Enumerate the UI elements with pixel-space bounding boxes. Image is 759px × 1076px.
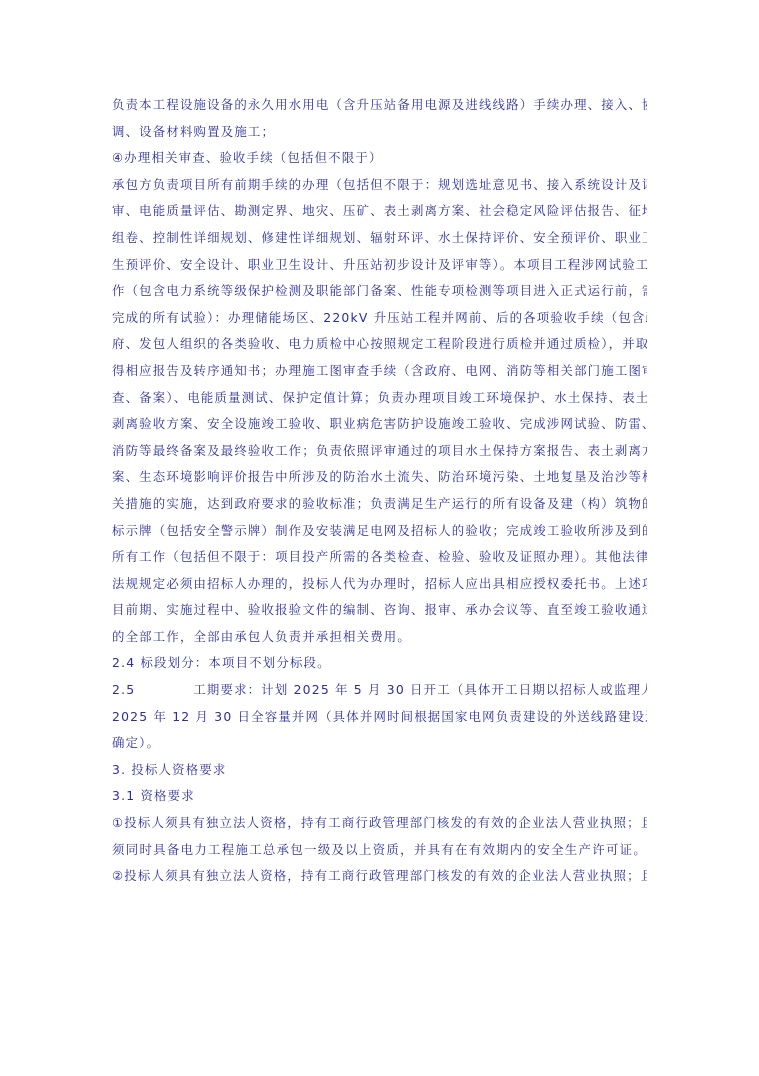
paragraph-line: 组卷、控制性详细规划、修建性详细规划、辐射环评、水土保持评价、安全预评价、职业卫: [112, 225, 647, 252]
paragraph-line: 标示牌（包括安全警示牌）制作及安装满足电网及招标人的验收；完成竣工验收所涉及到的: [112, 518, 647, 545]
paragraph-line: 剥离验收方案、安全设施竣工验收、职业病危害防护设施竣工验收、完成涉网试验、防雷、: [112, 411, 647, 438]
paragraph-line: 目前期、实施过程中、验收报验文件的编制、咨询、报审、承办会议等、直至竣工验收通过: [112, 597, 647, 624]
paragraph-line: ①投标人须具有独立法人资格，持有工商行政管理部门核发的有效的企业法人营业执照；且: [112, 810, 647, 837]
paragraph-line: 2025 年 12 月 30 日全容量并网（具体并网时间根据国家电网负责建设的外…: [112, 704, 647, 731]
paragraph-line: 确定）。: [112, 730, 647, 757]
paragraph-line: 须同时具备电力工程施工总承包一级及以上资质，并具有在有效期内的安全生产许可证。: [112, 837, 647, 864]
paragraph-line: 生预评价、安全设计、职业卫生设计、升压站初步设计及评审等）。本项目工程涉网试验工: [112, 252, 647, 279]
paragraph-line: 府、发包人组织的各类验收、电力质检中心按照规定工程阶段进行质检并通过质检），并取: [112, 331, 647, 358]
paragraph-line: 作（包含电力系统等级保护检测及职能部门备案、性能专项检测等项目进入正式运行前，需: [112, 278, 647, 305]
paragraph-line: 审、电能质量评估、勘测定界、地灾、压矿、表土剥离方案、社会稳定风险评估报告、征地: [112, 198, 647, 225]
paragraph-line: 法规规定必须由招标人办理的，投标人代为办理时，招标人应出具相应授权委托书。上述项: [112, 571, 647, 598]
paragraph-line: 查、备案）、电能质量测试、保护定值计算；负责办理项目竣工环境保护、水土保持、表土: [112, 385, 647, 412]
paragraph-line: 消防等最终备案及最终验收工作；负责依照评审通过的项目水土保持方案报告、表土剥离方: [112, 438, 647, 465]
section-2-4: 2.4 标段划分：本项目不划分标段。: [112, 650, 647, 677]
paragraph-line: 案、生态环境影响评价报告中所涉及的防治水土流失、防治环境污染、土地复垦及治沙等相: [112, 464, 647, 491]
paragraph-line: ②投标人须具有独立法人资格，持有工商行政管理部门核发的有效的企业法人营业执照；且: [112, 863, 647, 890]
paragraph-line: 负责本工程设施设备的永久用水用电（含升压站备用电源及进线线路）手续办理、接入、协: [112, 92, 647, 119]
paragraph-line: 完成的所有试验）：办理储能场区、220kV 升压站工程并网前、后的各项验收手续（…: [112, 305, 647, 332]
document-page: 负责本工程设施设备的永久用水用电（含升压站备用电源及进线线路）手续办理、接入、协…: [0, 0, 759, 1076]
paragraph-line: 关措施的实施，达到政府要求的验收标准；负责满足生产运行的所有设备及建（构）筑物的: [112, 491, 647, 518]
section-2-5: 2.5工期要求：计划 2025 年 5 月 30 日开工（具体开工日期以招标人或…: [112, 677, 647, 704]
section-text: 工期要求：计划 2025 年 5 月 30 日开工（具体开工日期以招标人或监理人…: [193, 682, 647, 697]
section-number: 2.5: [112, 682, 135, 697]
paragraph-line: 所有工作（包括但不限于：项目投产所需的各类检查、检验、验收及证照办理）。其他法律: [112, 544, 647, 571]
paragraph-line: 的全部工作，全部由承包人负责并承担相关费用。: [112, 624, 647, 651]
section-heading-3: 3. 投标人资格要求: [112, 757, 647, 784]
paragraph-line: 调、设备材料购置及施工；: [112, 119, 647, 146]
section-heading-3-1: 3.1 资格要求: [112, 783, 647, 810]
paragraph-line: 得相应报告及转序通知书；办理施工图审查手续（含政府、电网、消防等相关部门施工图审: [112, 358, 647, 385]
paragraph-line: 承包方负责项目所有前期手续的办理（包括但不限于：规划选址意见书、接入系统设计及评: [112, 172, 647, 199]
document-body: 负责本工程设施设备的永久用水用电（含升压站备用电源及进线线路）手续办理、接入、协…: [112, 92, 647, 890]
list-heading: ④办理相关审查、验收手续（包括但不限于）: [112, 145, 647, 172]
